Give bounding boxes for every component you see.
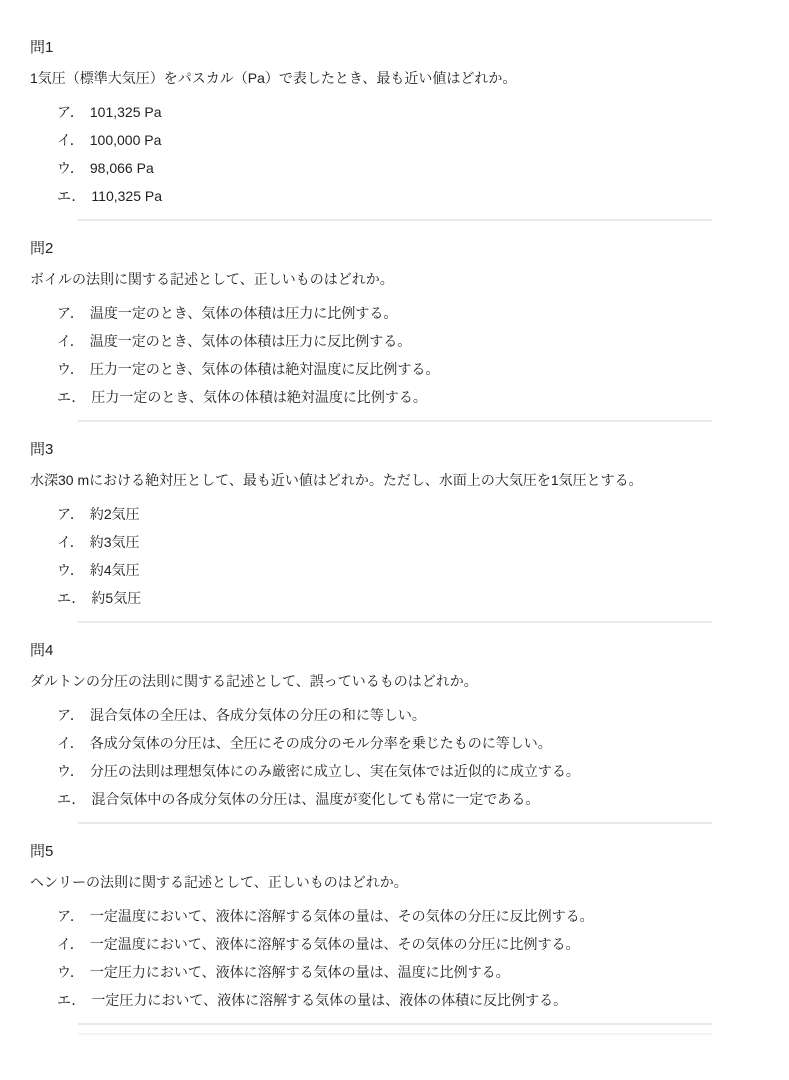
options-list: ア．約2気圧 イ．約3気圧 ウ．約4気圧 エ．約5気圧 — [30, 504, 759, 608]
option-item: エ．110,325 Pa — [57, 186, 759, 206]
option-item: ア．約2気圧 — [57, 504, 759, 524]
option-label: ア． — [57, 908, 84, 924]
question-text: ボイルの法則に関する記述として、正しいものはどれか。 — [30, 269, 759, 289]
quiz-document: 問1 1気圧（標準大気圧）をパスカル（Pa）で表したとき、最も近い値はどれか。 … — [0, 0, 789, 1035]
option-item: ウ．一定圧力において、液体に溶解する気体の量は、温度に比例する。 — [57, 962, 759, 982]
option-label: ア． — [57, 104, 84, 120]
option-item: ア．一定温度において、液体に溶解する気体の量は、その気体の分圧に反比例する。 — [57, 906, 759, 926]
question-block-4: 問4 ダルトンの分圧の法則に関する記述として、誤っているものはどれか。 ア．混合… — [30, 623, 759, 824]
question-block-5: 問5 ヘンリーの法則に関する記述として、正しいものはどれか。 ア．一定温度におい… — [30, 824, 759, 1025]
question-number: 問3 — [30, 440, 759, 460]
option-text: 100,000 Pa — [90, 132, 162, 148]
option-text: 98,066 Pa — [90, 160, 154, 176]
option-text: 一定温度において、液体に溶解する気体の量は、その気体の分圧に比例する。 — [90, 936, 580, 952]
option-text: 分圧の法則は理想気体にのみ厳密に成立し、実在気体では近似的に成立する。 — [90, 763, 580, 779]
option-label: ウ． — [57, 964, 84, 980]
option-label: イ． — [57, 936, 84, 952]
options-list: ア．温度一定のとき、気体の体積は圧力に比例する。 イ．温度一定のとき、気体の体積… — [30, 303, 759, 407]
option-text: 温度一定のとき、気体の体積は圧力に反比例する。 — [90, 333, 411, 349]
option-item: エ．圧力一定のとき、気体の体積は絶対温度に比例する。 — [57, 387, 759, 407]
option-item: イ．約3気圧 — [57, 532, 759, 552]
option-item: ア．混合気体の全圧は、各成分気体の分圧の和に等しい。 — [57, 705, 759, 725]
option-label: ア． — [57, 305, 84, 321]
option-text: 圧力一定のとき、気体の体積は絶対温度に反比例する。 — [90, 361, 439, 377]
question-block-1: 問1 1気圧（標準大気圧）をパスカル（Pa）で表したとき、最も近い値はどれか。 … — [30, 20, 759, 221]
option-label: ウ． — [57, 361, 84, 377]
option-text: 101,325 Pa — [90, 104, 162, 120]
option-label: エ． — [57, 389, 85, 405]
option-item: ア．温度一定のとき、気体の体積は圧力に比例する。 — [57, 303, 759, 323]
options-list: ア．101,325 Pa イ．100,000 Pa ウ．98,066 Pa エ．… — [30, 102, 759, 206]
question-number: 問4 — [30, 641, 759, 661]
option-text: 一定圧力において、液体に溶解する気体の量は、温度に比例する。 — [90, 964, 510, 980]
option-item: エ．一定圧力において、液体に溶解する気体の量は、液体の体積に反比例する。 — [57, 990, 759, 1010]
option-item: ア．101,325 Pa — [57, 102, 759, 122]
option-label: イ． — [57, 534, 84, 550]
option-label: エ． — [57, 590, 85, 606]
options-list: ア．一定温度において、液体に溶解する気体の量は、その気体の分圧に反比例する。 イ… — [30, 906, 759, 1010]
option-label: イ． — [57, 735, 84, 751]
question-text: ヘンリーの法則に関する記述として、正しいものはどれか。 — [30, 872, 759, 892]
option-label: ア． — [57, 506, 84, 522]
option-item: イ．100,000 Pa — [57, 130, 759, 150]
option-item: ウ．約4気圧 — [57, 560, 759, 580]
option-item: イ．温度一定のとき、気体の体積は圧力に反比例する。 — [57, 331, 759, 351]
question-block-3: 問3 水深30 mにおける絶対圧として、最も近い値はどれか。ただし、水面上の大気… — [30, 422, 759, 623]
option-item: ウ．圧力一定のとき、気体の体積は絶対温度に反比例する。 — [57, 359, 759, 379]
question-number: 問2 — [30, 239, 759, 259]
option-item: ウ．98,066 Pa — [57, 158, 759, 178]
question-divider — [78, 1023, 712, 1025]
options-list: ア．混合気体の全圧は、各成分気体の分圧の和に等しい。 イ．各成分気体の分圧は、全… — [30, 705, 759, 809]
option-item: ウ．分圧の法則は理想気体にのみ厳密に成立し、実在気体では近似的に成立する。 — [57, 761, 759, 781]
option-text: 約5気圧 — [91, 590, 141, 606]
option-label: ウ． — [57, 763, 84, 779]
option-text: 一定温度において、液体に溶解する気体の量は、その気体の分圧に反比例する。 — [90, 908, 594, 924]
option-label: ア． — [57, 707, 84, 723]
option-text: 各成分気体の分圧は、全圧にその成分のモル分率を乗じたものに等しい。 — [90, 735, 552, 751]
option-text: 110,325 Pa — [91, 188, 162, 204]
question-text: 1気圧（標準大気圧）をパスカル（Pa）で表したとき、最も近い値はどれか。 — [30, 68, 759, 88]
option-label: イ． — [57, 132, 84, 148]
option-label: ウ． — [57, 562, 84, 578]
question-block-2: 問2 ボイルの法則に関する記述として、正しいものはどれか。 ア．温度一定のとき、… — [30, 221, 759, 422]
option-label: エ． — [57, 992, 85, 1008]
question-text: 水深30 mにおける絶対圧として、最も近い値はどれか。ただし、水面上の大気圧を1… — [30, 470, 759, 490]
option-label: ウ． — [57, 160, 84, 176]
question-number: 問5 — [30, 842, 759, 862]
option-text: 混合気体中の各成分気体の分圧は、温度が変化しても常に一定である。 — [91, 791, 539, 807]
question-number: 問1 — [30, 38, 759, 58]
option-item: イ．各成分気体の分圧は、全圧にその成分のモル分率を乗じたものに等しい。 — [57, 733, 759, 753]
questions-container: 問1 1気圧（標準大気圧）をパスカル（Pa）で表したとき、最も近い値はどれか。 … — [30, 20, 759, 1025]
option-text: 温度一定のとき、気体の体積は圧力に比例する。 — [90, 305, 397, 321]
question-text: ダルトンの分圧の法則に関する記述として、誤っているものはどれか。 — [30, 671, 759, 691]
bottom-faint-divider — [78, 1033, 712, 1035]
option-text: 約3気圧 — [90, 534, 140, 550]
option-text: 約2気圧 — [90, 506, 140, 522]
option-label: イ． — [57, 333, 84, 349]
option-item: エ．混合気体中の各成分気体の分圧は、温度が変化しても常に一定である。 — [57, 789, 759, 809]
option-text: 混合気体の全圧は、各成分気体の分圧の和に等しい。 — [90, 707, 426, 723]
option-item: エ．約5気圧 — [57, 588, 759, 608]
option-text: 約4気圧 — [90, 562, 140, 578]
option-label: エ． — [57, 791, 85, 807]
option-label: エ． — [57, 188, 85, 204]
option-item: イ．一定温度において、液体に溶解する気体の量は、その気体の分圧に比例する。 — [57, 934, 759, 954]
option-text: 圧力一定のとき、気体の体積は絶対温度に比例する。 — [91, 389, 426, 405]
option-text: 一定圧力において、液体に溶解する気体の量は、液体の体積に反比例する。 — [91, 992, 567, 1008]
